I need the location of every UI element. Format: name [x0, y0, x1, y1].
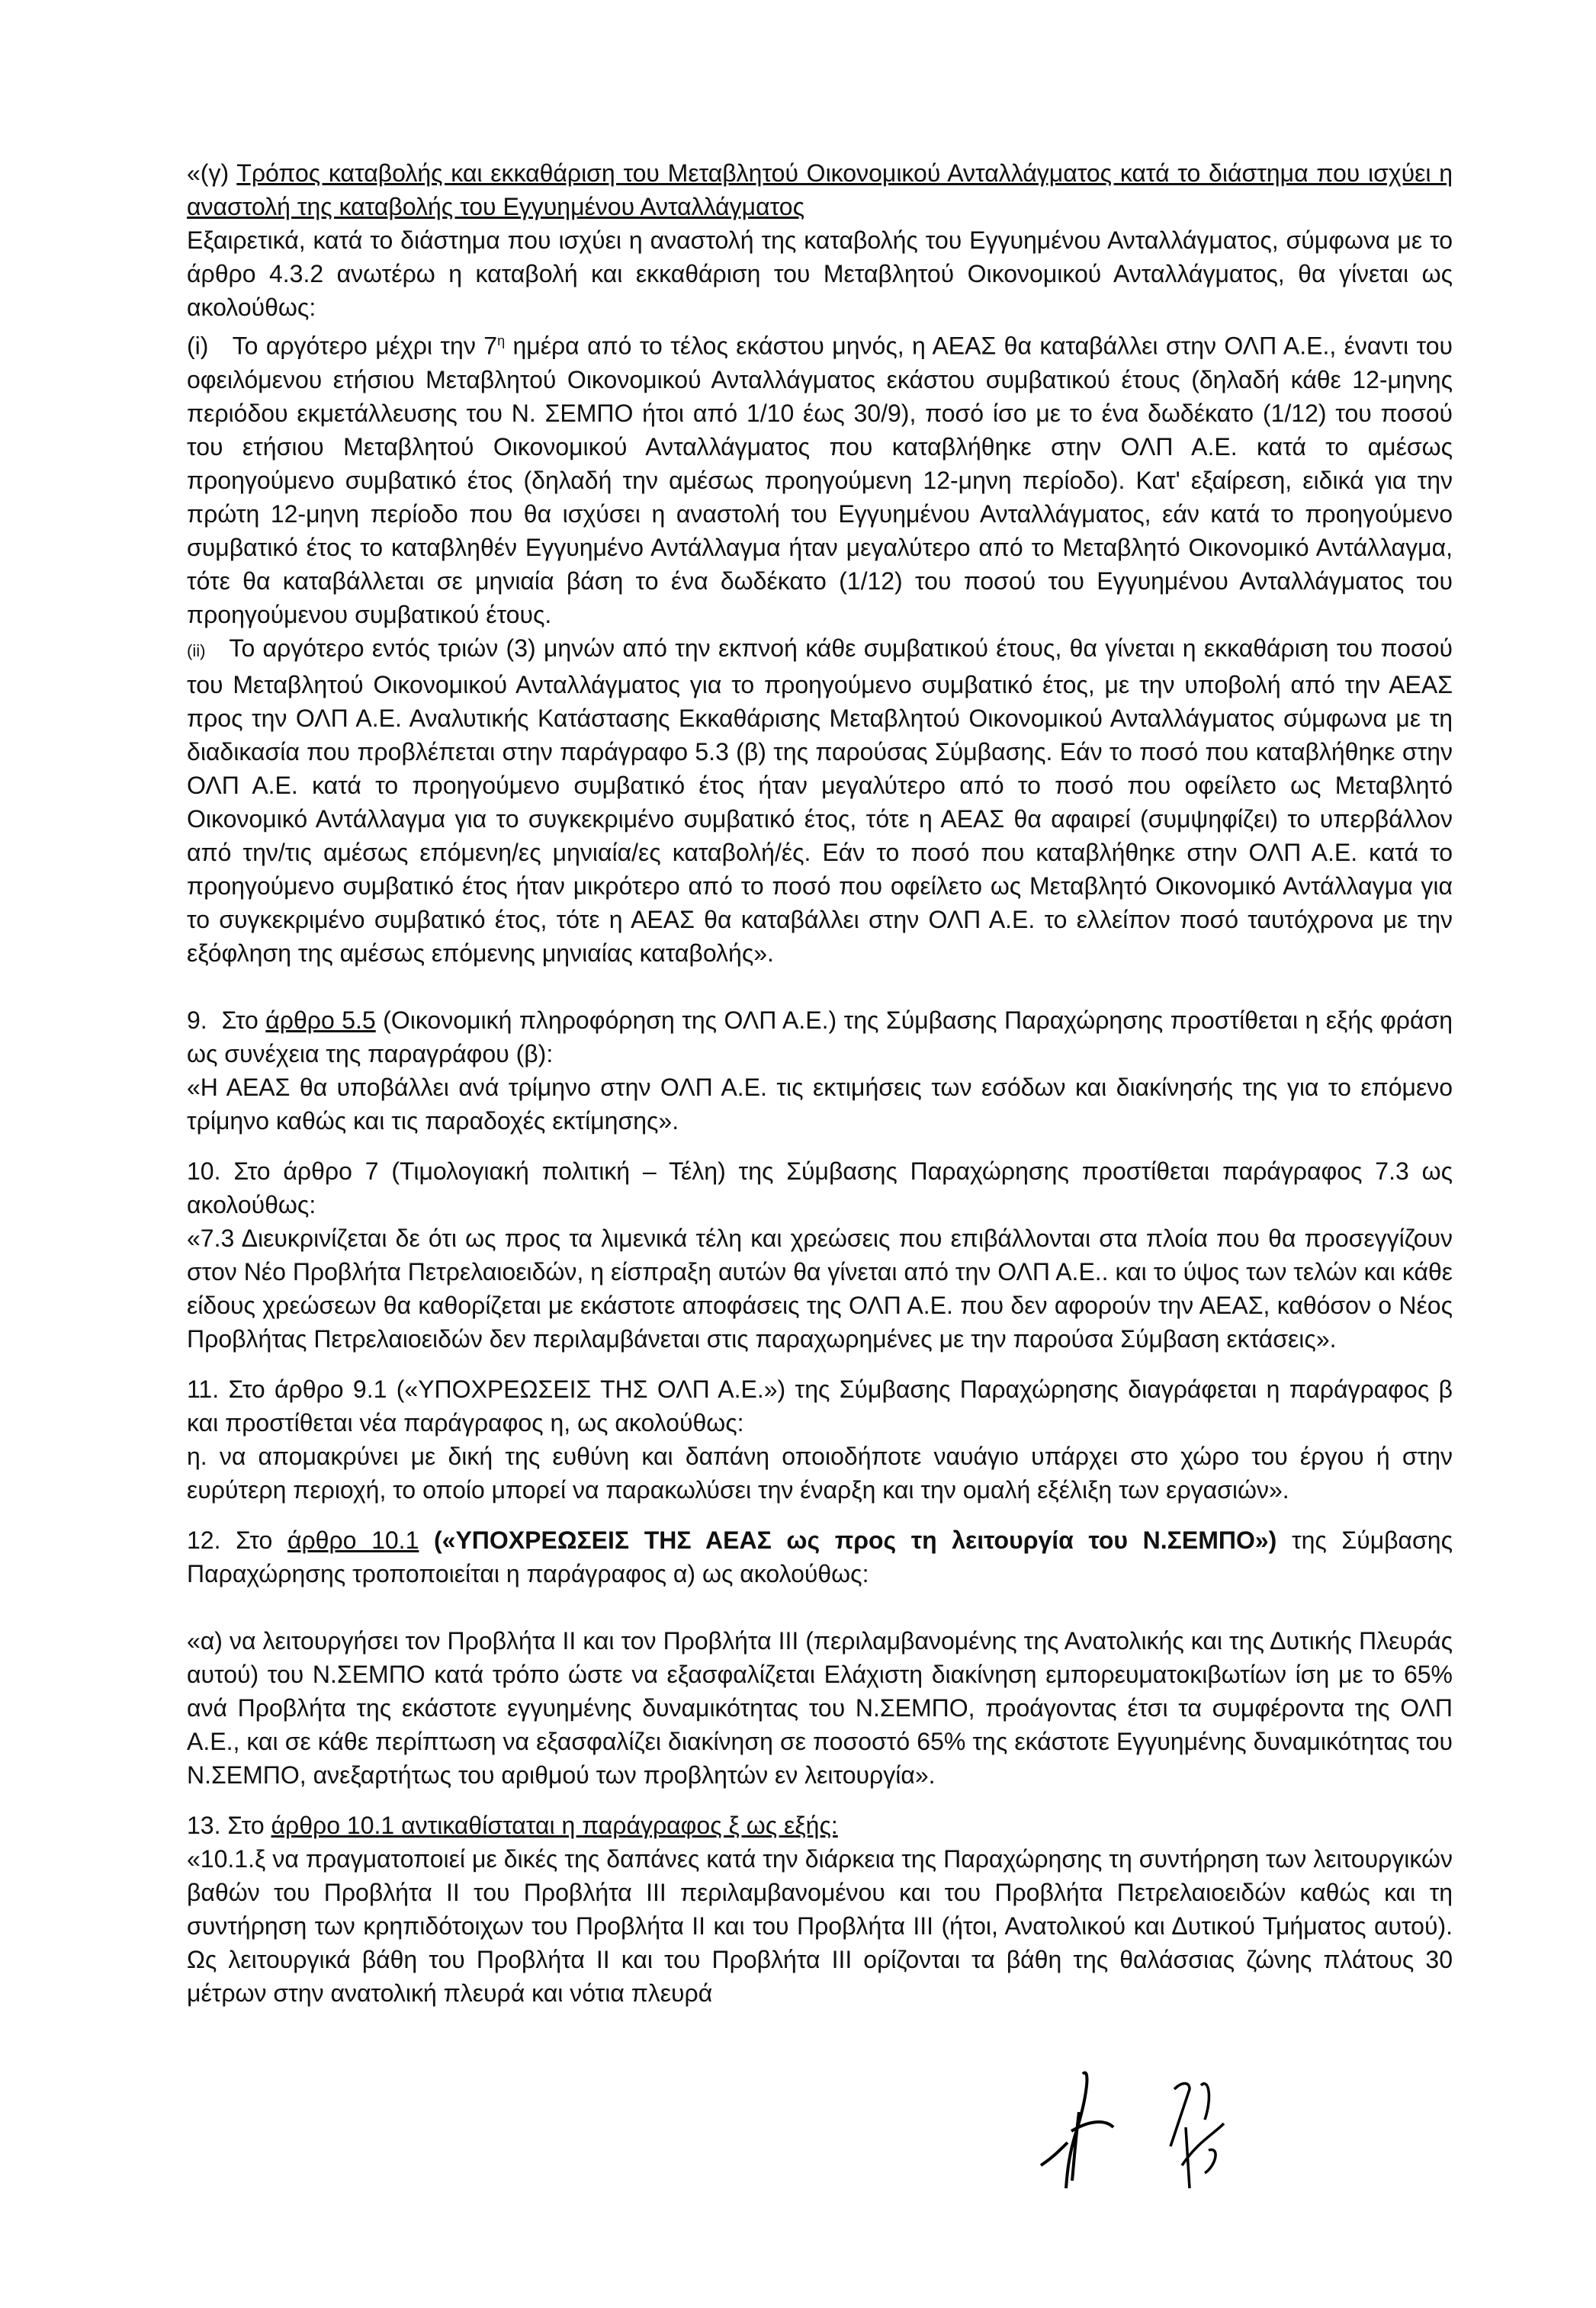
article-10-1-ref: άρθρο 10.1: [287, 1526, 419, 1554]
section-9-quote: «Η ΑΕΑΣ θα υποβάλλει ανά τρίμηνο στην ΟΛ…: [187, 1071, 1453, 1138]
signature-1: [1037, 2066, 1121, 2196]
section-c-item-i: (i) Το αργότερο μέχρι την 7η ημέρα από τ…: [187, 324, 1453, 631]
section-11: 11. Στο άρθρο 9.1 («ΥΠΟΧΡΕΩΣΕΙΣ ΤΗΣ ΟΛΠ …: [187, 1372, 1453, 1440]
section-12: 12. Στο άρθρο 10.1 («ΥΠΟΧΡΕΩΣΕΙΣ ΤΗΣ ΑΕΑ…: [187, 1523, 1453, 1591]
document-page: «(γ) Τρόπος καταβολής και εκκαθάριση του…: [187, 156, 1453, 2010]
section-9: 9. Στο άρθρο 5.5 (Οικονομική πληροφόρηση…: [187, 1003, 1453, 1071]
section-c-item-ii: (ii) Το αργότερο εντός τριών (3) μηνών α…: [187, 631, 1453, 970]
section-12-quote: «α) να λειτουργήσει τον Προβλήτα ΙΙ και …: [187, 1624, 1453, 1792]
article-5-5-ref: άρθρο 5.5: [265, 1006, 375, 1034]
article-10-1-xi-ref: άρθρο 10.1 αντικαθίσταται η παράγραφος ξ…: [271, 1812, 838, 1839]
section-c-title: Τρόπος καταβολής και εκκαθάριση του Μετα…: [187, 159, 1453, 220]
section-11-quote: η. να απομακρύνει με δική της ευθύνη και…: [187, 1440, 1453, 1507]
section-10-quote: «7.3 Διευκρινίζεται δε ότι ως προς τα λι…: [187, 1221, 1453, 1356]
section-c-intro: Εξαιρετικά, κατά το διάστημα που ισχύει …: [187, 223, 1453, 324]
signature-2: [1167, 2074, 1235, 2188]
section-13-quote: «10.1.ξ να πραγματοποιεί με δικές της δα…: [187, 1842, 1453, 2010]
section-13: 13. Στο άρθρο 10.1 αντικαθίσταται η παρά…: [187, 1809, 1453, 1842]
section-10: 10. Στο άρθρο 7 (Τιμολογιακή πολιτική – …: [187, 1154, 1453, 1221]
section-c-heading: «(γ) Τρόπος καταβολής και εκκαθάριση του…: [187, 156, 1453, 223]
